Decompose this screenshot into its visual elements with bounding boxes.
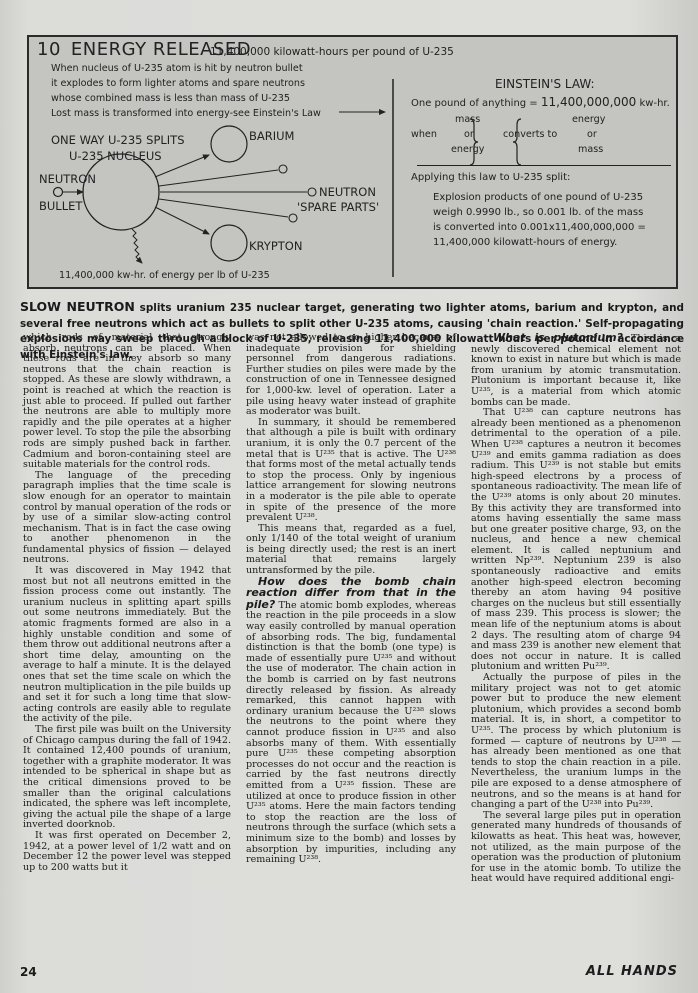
paragraph: The atomic bomb explodes, whereas the re…: [246, 600, 456, 865]
krypton-label: KRYPTON: [249, 239, 302, 253]
bullet-label: BULLET: [39, 199, 82, 213]
paragraph: was not allowed to go higher because of …: [246, 333, 456, 418]
energy-per-lb-label: 11,400,000 kw-hr. of energy per lb of U-…: [59, 270, 270, 281]
paragraph: That U²³⁸ can capture neutrons has alrea…: [471, 408, 681, 673]
paragraph: This means that, regarded as a fuel, onl…: [246, 524, 456, 577]
diagram-description: When nucleus of U-235 atom is hit by neu…: [51, 61, 321, 121]
one-pound-unit: kw-hr.: [636, 98, 669, 109]
one-pound-prefix: One pound of anything =: [411, 98, 541, 109]
plutonium-section: What is plutonium? This is a newly disco…: [471, 333, 681, 408]
paragraph: The several large piles put in operation…: [471, 811, 681, 885]
einstein-title: EINSTEIN'S LAW:: [495, 77, 595, 91]
applying-label: Applying this law to U-235 split:: [411, 172, 570, 183]
column-2: was not allowed to go higher because of …: [246, 333, 456, 866]
paragraph: The first pile was built on the Universi…: [23, 725, 231, 831]
barium-label: BARIUM: [249, 129, 294, 143]
when-label: when: [411, 129, 437, 140]
left-term-1: mass: [455, 114, 480, 125]
neutron-label: NEUTRON: [39, 172, 96, 186]
einstein-law-panel: EINSTEIN'S LAW: One pound of anything = …: [399, 37, 677, 287]
energy-released-diagram: 10ENERGY RELEASED 11,400,000 kilowatt-ho…: [27, 35, 678, 289]
paragraph: This is a newly discovered chemical elem…: [471, 333, 681, 408]
magazine-page: 10ENERGY RELEASED 11,400,000 kilowatt-ho…: [0, 0, 698, 993]
caption-lead: SLOW NEUTRON: [20, 299, 135, 314]
spare-neutron-label: NEUTRON: [319, 185, 376, 199]
one-pound-value: 11,400,000,000: [541, 95, 636, 109]
paragraph: which rods of material that strongly abs…: [23, 333, 231, 471]
column-1: which rods of material that strongly abs…: [23, 333, 231, 873]
one-pound-equation: One pound of anything = 11,400,000,000 k…: [411, 95, 670, 109]
paragraph: Actually the purpose of piles in the mil…: [471, 673, 681, 811]
converts-to-label: converts to: [503, 129, 557, 140]
spare-parts-label: 'SPARE PARTS': [297, 200, 379, 214]
paragraph: It was discovered in May 1942 that most …: [23, 566, 231, 725]
bomb-chain-section: How does the bomb chain reaction differ …: [246, 577, 456, 866]
diagram-number: 10: [37, 39, 61, 60]
right-term-2: or: [587, 129, 597, 140]
right-term-3: mass: [578, 144, 603, 155]
einstein-divider: [417, 165, 671, 166]
magazine-name: ALL HANDS: [586, 964, 678, 979]
one-way-label: ONE WAY U-235 SPLITS: [51, 133, 185, 147]
explosion-explanation: Explosion products of one pound of U-235…: [433, 190, 646, 250]
right-term-1: energy: [572, 114, 605, 125]
page-number: 24: [20, 965, 37, 979]
paragraph: It was first operated on December 2, 194…: [23, 831, 231, 873]
column-3: What is plutonium? This is a newly disco…: [471, 333, 681, 885]
left-term-2: or: [464, 129, 474, 140]
nucleus-label: U-235 NUCLEUS: [69, 149, 162, 163]
paragraph: In summary, it should be remembered that…: [246, 418, 456, 524]
paragraph: The language of the preceding paragraph …: [23, 471, 231, 566]
left-term-3: energy: [451, 144, 484, 155]
section-heading-plutonium: What is plutonium?: [493, 331, 623, 344]
